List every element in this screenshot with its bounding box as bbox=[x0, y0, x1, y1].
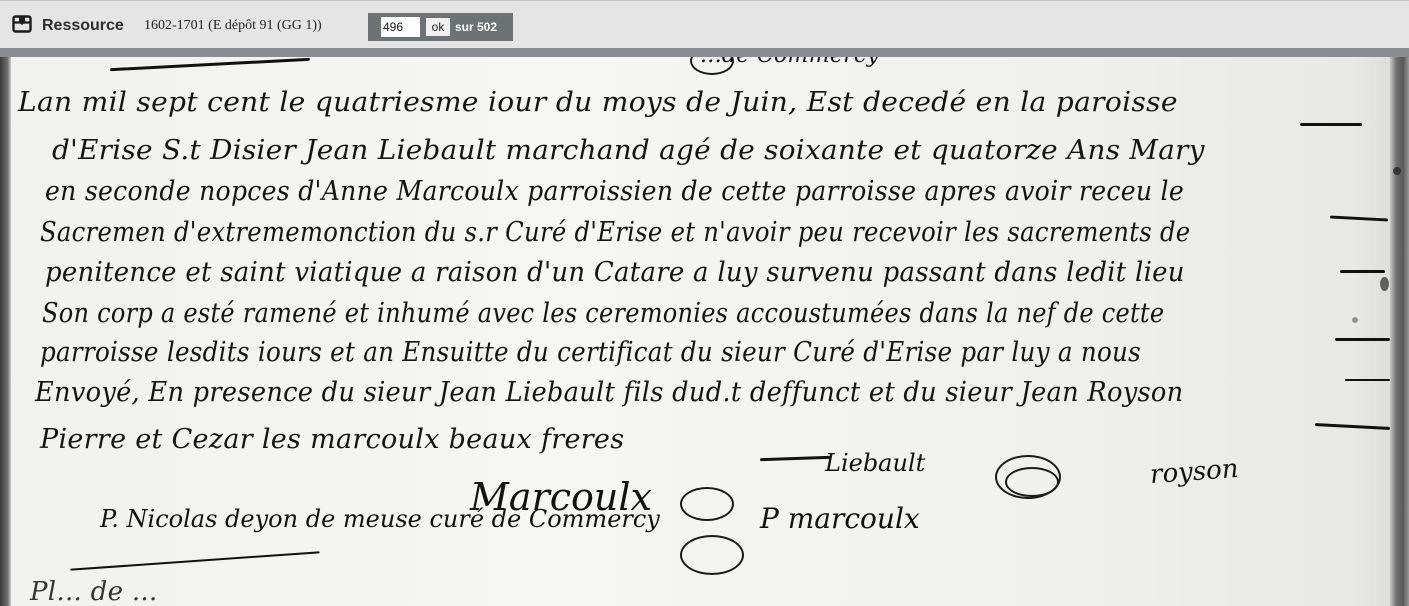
manuscript-line-4: Sacremen d'extrememonction du s.r Curé d… bbox=[40, 217, 1190, 248]
pen-stroke bbox=[70, 551, 320, 570]
resource-header: Ressource 1602-1701 (E dépôt 91 (GG 1)) … bbox=[0, 0, 1409, 48]
go-to-page-button[interactable]: ok bbox=[426, 18, 450, 36]
manuscript-line-5: penitence et saint viatique a raison d'u… bbox=[45, 257, 1185, 288]
resource-title: 1602-1701 (E dépôt 91 (GG 1)) bbox=[144, 17, 322, 35]
paper-stain bbox=[1352, 317, 1358, 323]
pen-stroke bbox=[110, 58, 310, 71]
page-total-label: sur 502 bbox=[455, 19, 497, 35]
manuscript-line-3: en seconde nopces d'Anne Marcoulx parroi… bbox=[45, 176, 1184, 207]
next-entry-fragment: Pl... de ... bbox=[30, 577, 158, 606]
resource-label: Ressource bbox=[42, 16, 124, 36]
flourish-mark bbox=[690, 57, 734, 75]
line-filler-stroke bbox=[1315, 423, 1390, 430]
line-filler-stroke bbox=[1345, 379, 1390, 381]
manuscript-line-6: Son corp a esté ramené et inhumé avec le… bbox=[42, 298, 1164, 329]
signature-liebault: Liebault bbox=[825, 449, 925, 477]
page-binding-edge bbox=[1390, 57, 1409, 606]
signature-paraph bbox=[680, 535, 744, 575]
signature-royson: royson bbox=[1149, 454, 1239, 490]
line-filler-stroke bbox=[1335, 338, 1390, 341]
archive-box-icon bbox=[12, 14, 32, 34]
page-number-input[interactable] bbox=[381, 17, 420, 37]
resource-viewer-app: Ressource 1602-1701 (E dépôt 91 (GG 1)) … bbox=[0, 0, 1409, 606]
manuscript-line-1: Lan mil sept cent le quatriesme iour du … bbox=[18, 87, 1178, 118]
document-image-viewer[interactable]: ...de Commercy Lan mil sept cent le quat… bbox=[0, 57, 1409, 606]
signature-priest: P. Nicolas deyon de meuse curé de Commer… bbox=[100, 505, 660, 533]
header-divider bbox=[0, 48, 1409, 57]
signature-paraph bbox=[680, 487, 734, 521]
signature-p-marcoulx: P marcoulx bbox=[760, 502, 920, 535]
manuscript-line-7: parroisse lesdits iours et an Ensuitte d… bbox=[40, 337, 1141, 368]
line-filler-stroke bbox=[1340, 270, 1385, 273]
signature-paraph bbox=[1005, 467, 1059, 497]
page-left-edge bbox=[0, 57, 11, 606]
line-filler-stroke bbox=[1330, 215, 1388, 221]
paper-stain bbox=[1393, 167, 1401, 175]
manuscript-line-2: d'Erise S.t Disier Jean Liebault marchan… bbox=[52, 135, 1205, 166]
manuscript-line-8: Envoyé, En presence du sieur Jean Liebau… bbox=[35, 377, 1183, 408]
page-navigator: ok sur 502 bbox=[368, 13, 513, 41]
paper-stain bbox=[1380, 277, 1389, 291]
manuscript-line-9: Pierre et Cezar les marcoulx beaux frere… bbox=[40, 424, 624, 455]
line-filler-stroke bbox=[760, 456, 830, 461]
line-filler-stroke bbox=[1300, 123, 1362, 126]
